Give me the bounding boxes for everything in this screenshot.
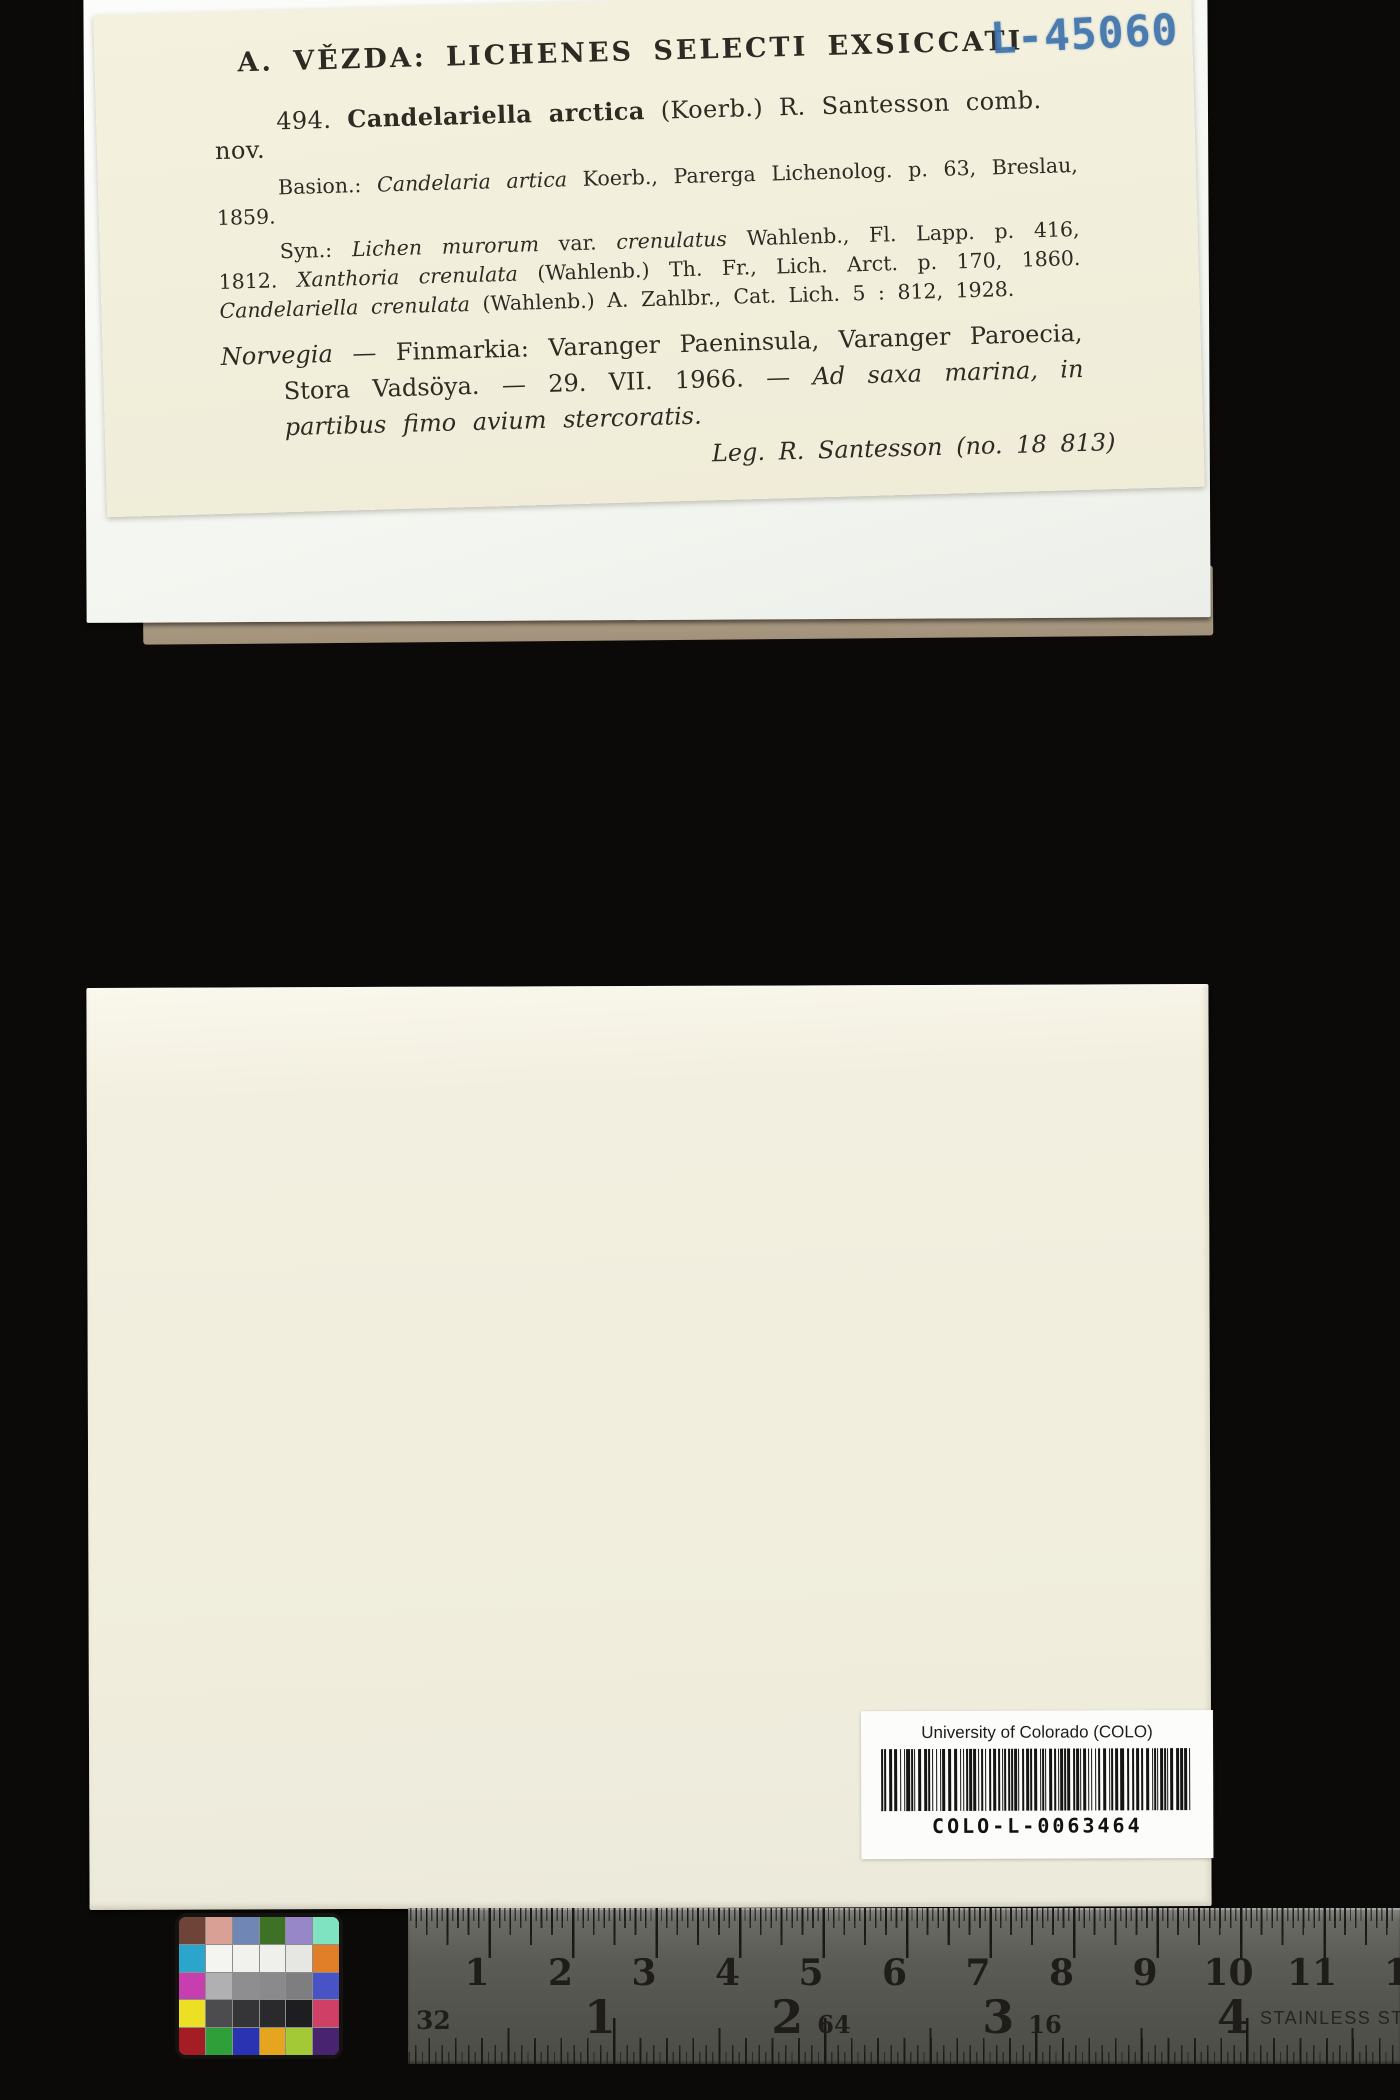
ruler-inch-ticks	[408, 1908, 1400, 1958]
color-swatch	[233, 2028, 259, 2055]
specimen-photograph-scene: A. VĚZDA: LICHENES SELECTI EXSICCATI L-4…	[0, 0, 1400, 2100]
color-swatch	[313, 1917, 339, 1944]
barcode-bar	[906, 1749, 910, 1811]
barcode-bar	[1060, 1749, 1063, 1811]
label-header: A. VĚZDA: LICHENES SELECTI EXSICCATI L-4…	[212, 24, 1075, 90]
barcode-bar	[1088, 1748, 1089, 1810]
ruler-inch-number: 2	[548, 1952, 573, 1994]
ruler-edge-partial-number: 1	[1384, 1952, 1400, 1994]
synonym-3-name: Candelariella crenulata	[219, 292, 470, 323]
collection-date: — 29. VII. 1966. —	[501, 363, 790, 399]
barcode-bar	[928, 1749, 930, 1811]
color-swatch	[260, 2028, 286, 2055]
ruler-fraction-ticks	[408, 2018, 1400, 2064]
ruler-inch-number: 10	[1203, 1952, 1253, 1994]
barcode-bar	[1141, 1748, 1143, 1810]
barcode-bar	[1067, 1749, 1070, 1811]
synonym-1-rank: var.	[558, 231, 597, 256]
barcode-bar	[1184, 1748, 1187, 1810]
barcode-bar	[932, 1749, 933, 1811]
barcode-bar	[1045, 1749, 1046, 1811]
color-swatch	[286, 2000, 312, 2027]
synonym-1-epithet: crenulatus	[616, 227, 727, 254]
color-swatch	[179, 1917, 205, 1944]
barcode-bar	[1030, 1749, 1032, 1811]
barcode-bar	[954, 1749, 957, 1811]
barcode-bar	[881, 1749, 883, 1811]
barcode-bar	[1132, 1748, 1134, 1810]
barcode-bar	[963, 1749, 964, 1811]
barcode-bar	[1091, 1748, 1092, 1810]
ruler-inch-number: 6	[882, 1952, 907, 1994]
color-calibration-chart	[175, 1913, 343, 2059]
ruler-32nds-label: 32	[416, 2006, 451, 2035]
barcode-bar	[904, 1749, 905, 1811]
barcode-bar	[1026, 1749, 1029, 1811]
barcode-bar	[1146, 1748, 1149, 1810]
barcode-bar	[1008, 1749, 1010, 1811]
ruler-brand-text: STAINLESS STEE	[1260, 2008, 1400, 2029]
color-swatch	[206, 1945, 232, 1972]
barcode-bar	[900, 1749, 901, 1811]
color-swatch	[313, 2000, 339, 2027]
barcode-bar	[1034, 1749, 1037, 1811]
barcode-bar	[1018, 1749, 1019, 1811]
ruler-bottom-number: 4	[1217, 1990, 1249, 2044]
barcode-bar	[1004, 1749, 1006, 1811]
color-swatch	[206, 2000, 232, 2027]
barcode-bar	[942, 1749, 945, 1811]
barcode-bar	[1176, 1748, 1179, 1810]
color-swatch	[260, 2000, 286, 2027]
barcode-bar	[1164, 1748, 1166, 1810]
barcode-bar	[1064, 1749, 1066, 1811]
ruler-inch-number: 11	[1287, 1952, 1337, 1994]
ruler-inch-number: 8	[1049, 1952, 1074, 1994]
color-swatch	[313, 1973, 339, 2000]
label-paper-stack: A. VĚZDA: LICHENES SELECTI EXSICCATI L-4…	[85, 0, 1215, 668]
barcode-bar	[985, 1749, 986, 1811]
basionym-name: Candelaria artica	[377, 167, 568, 196]
barcode-bar	[1014, 1749, 1017, 1811]
barcode-bar	[924, 1749, 927, 1811]
color-swatch	[179, 1945, 205, 1972]
ruler-bottom-number: 1	[584, 1990, 616, 2044]
locality-paragraph: Norvegia — Finmarkia: Varanger Paeninsul…	[220, 314, 1085, 446]
barcode-bar	[1080, 1748, 1081, 1810]
barcode-bar	[1157, 1748, 1158, 1810]
species-name: Candelariella arctica	[347, 96, 645, 133]
barcode-bar	[1058, 1749, 1059, 1811]
barcode-bar	[936, 1749, 937, 1811]
synonym-1-name: Lichen murorum	[352, 232, 540, 261]
barcode-number: COLO-L-0063464	[861, 1813, 1213, 1838]
color-swatch	[286, 1973, 312, 2000]
color-swatch	[286, 1917, 312, 1944]
barcode-bar	[1054, 1749, 1056, 1811]
barcode-bar	[1120, 1748, 1124, 1810]
barcode-bar	[1098, 1748, 1100, 1810]
barcode-bar	[998, 1749, 1000, 1811]
barcode-bar	[981, 1749, 983, 1811]
synonym-2-name: Xanthoria crenulata	[297, 262, 519, 292]
barcode-bar	[948, 1749, 951, 1811]
ruler-inch-number: 7	[965, 1952, 990, 1994]
color-swatch	[313, 1945, 339, 1972]
color-swatch	[260, 1973, 286, 2000]
barcode-bar	[1152, 1748, 1153, 1810]
barcode-bar	[1154, 1748, 1156, 1810]
barcode-bar	[884, 1749, 886, 1811]
species-number: 494.	[276, 106, 332, 136]
barcode-bar	[1040, 1749, 1041, 1811]
locality-separator: —	[352, 338, 377, 367]
barcode-bar	[918, 1749, 921, 1811]
barcode-bar	[1049, 1749, 1052, 1811]
ruler-inch-number: 5	[798, 1952, 823, 1994]
barcode-bar	[1160, 1748, 1163, 1810]
barcode-bar	[1042, 1749, 1044, 1811]
barcode-bar	[1111, 1748, 1113, 1810]
ruler-inch-number: 4	[715, 1952, 740, 1994]
stainless-ruler: 1234567891011 1 32 12643164 STAINLESS ST…	[408, 1908, 1400, 2064]
color-swatch	[233, 1945, 259, 1972]
barcode-bar	[989, 1749, 991, 1811]
ruler-bottom-number: 264	[771, 1990, 850, 2044]
barcode-bar	[889, 1749, 892, 1811]
color-swatch	[313, 2028, 339, 2055]
barcode-bar	[894, 1749, 897, 1811]
barcode-bar	[1011, 1749, 1013, 1811]
specimen-envelope: University of Colorado (COLO) COLO-L-006…	[86, 984, 1211, 1910]
color-swatch	[206, 1973, 232, 2000]
barcode-bar	[978, 1749, 979, 1811]
barcode-bar	[1115, 1748, 1118, 1810]
color-swatch	[179, 2028, 205, 2055]
barcode-bar	[993, 1749, 996, 1811]
ruler-inch-number: 9	[1132, 1952, 1157, 1994]
barcode-bar	[914, 1749, 915, 1811]
barcode-bar	[1109, 1748, 1110, 1810]
basionym-label: Basion.:	[278, 173, 362, 199]
color-chart-grid	[179, 1917, 339, 2055]
barcode-bar	[1083, 1748, 1086, 1810]
barcode-bar	[940, 1749, 941, 1811]
color-swatch	[233, 1917, 259, 1944]
ruler-bottom-number: 316	[982, 1990, 1061, 2044]
barcode-bar	[1095, 1748, 1096, 1810]
barcode-bar	[973, 1749, 976, 1811]
barcode-label: University of Colorado (COLO) COLO-L-006…	[861, 1710, 1214, 1859]
barcode-bar	[969, 1749, 972, 1811]
barcode-bar	[1167, 1748, 1168, 1810]
exsiccati-series-title: A. VĚZDA: LICHENES SELECTI EXSICCATI	[186, 24, 1075, 80]
accession-number-stamp: L-45060	[989, 5, 1179, 64]
barcode-bar	[1127, 1748, 1129, 1810]
color-swatch	[206, 1917, 232, 1944]
barcode-bar	[1170, 1748, 1173, 1810]
color-swatch	[286, 1945, 312, 1972]
barcode-bar	[1180, 1748, 1183, 1810]
institution-name: University of Colorado (COLO)	[861, 1722, 1213, 1743]
barcode-bar	[1076, 1749, 1079, 1811]
barcode-bar	[1103, 1748, 1106, 1810]
barcode-bar	[1022, 1749, 1024, 1811]
barcode-bar	[1073, 1749, 1075, 1811]
color-swatch	[233, 2000, 259, 2027]
color-swatch	[233, 1973, 259, 2000]
barcode-bars	[879, 1748, 1195, 1811]
synonymy-label: Syn.:	[280, 238, 333, 263]
barcode-bar	[1189, 1748, 1190, 1810]
specimen-label: A. VĚZDA: LICHENES SELECTI EXSICCATI L-4…	[93, 0, 1205, 517]
barcode-bar	[911, 1749, 913, 1811]
species-line: 494. Candelariella arctica (Koerb.) R. S…	[214, 84, 1077, 165]
color-swatch	[260, 1945, 286, 1972]
barcode-bar	[1136, 1748, 1139, 1810]
color-swatch	[179, 2000, 205, 2027]
color-swatch	[179, 1973, 205, 2000]
ruler-inch-number: 3	[631, 1952, 656, 1994]
ruler-inch-number: 1	[464, 1952, 489, 1994]
color-swatch	[260, 1917, 286, 1944]
barcode-bar	[960, 1749, 961, 1811]
locality-country: Norvegia	[220, 339, 333, 370]
color-swatch	[206, 2028, 232, 2055]
color-swatch	[286, 2028, 312, 2055]
synonymy-paragraph: Syn.: Lichen murorum var. crenulatus Wah…	[218, 215, 1082, 326]
barcode-bar	[966, 1749, 968, 1811]
barcode-bar	[1002, 1749, 1003, 1811]
